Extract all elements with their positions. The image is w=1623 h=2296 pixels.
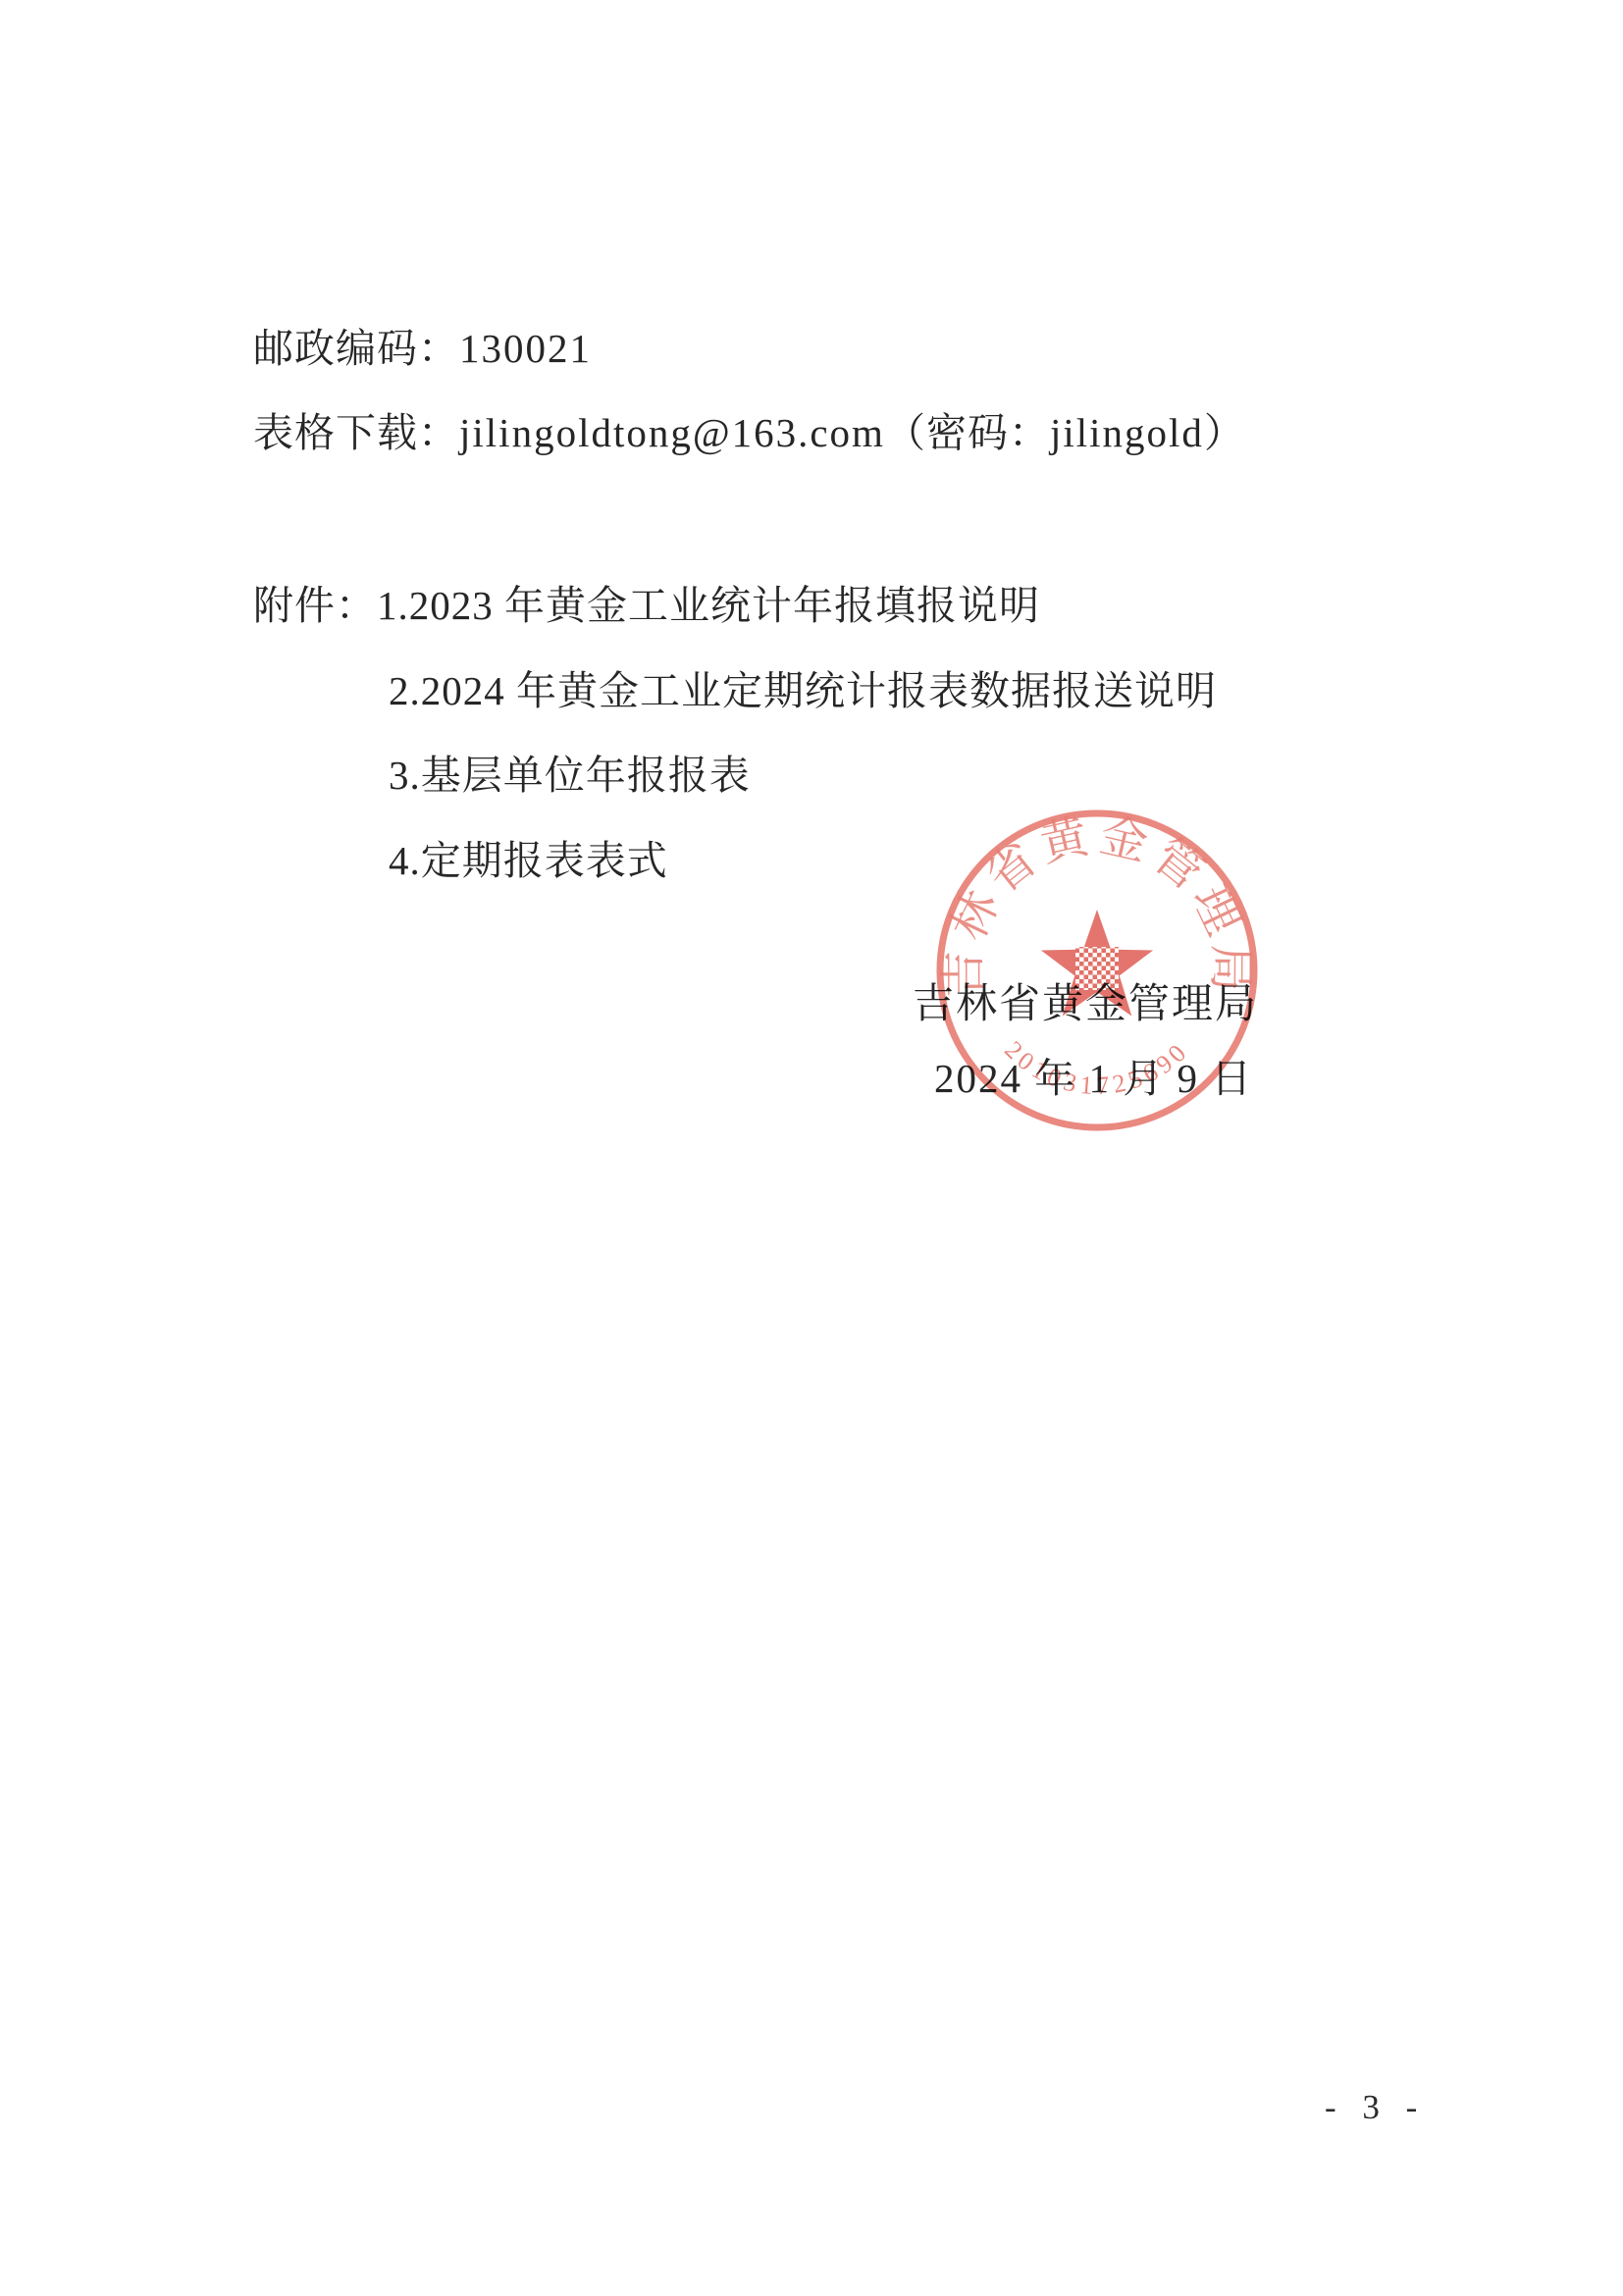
password-value: jilingold bbox=[1050, 410, 1204, 455]
attachments-line-1: 附件：1.2023 年黄金工业统计年报填报说明 bbox=[253, 573, 1040, 631]
official-seal-stamp: 吉林省黄金管理局 201031725690 bbox=[929, 803, 1265, 1138]
download-label: 表格下载： bbox=[253, 410, 459, 455]
postal-code-label: 邮政编码： bbox=[253, 326, 459, 371]
attachment-item-1: 1.2023 年黄金工业统计年报填报说明 bbox=[377, 583, 1040, 628]
page-number: - 3 - bbox=[1325, 2088, 1426, 2127]
form-download-line: 表格下载：jilingoldtong@163.com（密码：jilingold） bbox=[253, 400, 1245, 458]
download-email: jilingoldtong@163.com bbox=[459, 410, 885, 455]
password-prefix: （密码： bbox=[885, 410, 1050, 455]
official-seal-graphic: 吉林省黄金管理局 201031725690 bbox=[929, 803, 1265, 1138]
svg-text:201031725690: 201031725690 bbox=[999, 1035, 1195, 1100]
password-suffix: ） bbox=[1204, 410, 1245, 455]
document-page: 邮政编码：130021 表格下载：jilingoldtong@163.com（密… bbox=[0, 0, 1623, 2296]
postal-code-line: 邮政编码：130021 bbox=[253, 316, 592, 374]
postal-code-value: 130021 bbox=[459, 326, 592, 371]
attachment-item-4: 4.定期报表表式 bbox=[389, 828, 668, 886]
seal-qr-pattern bbox=[1075, 947, 1119, 990]
seal-serial-number: 201031725690 bbox=[999, 1035, 1195, 1100]
attachments-label: 附件： bbox=[253, 583, 377, 628]
attachment-item-3: 3.基层单位年报报表 bbox=[389, 743, 751, 801]
attachment-item-2: 2.2024 年黄金工业定期统计报表数据报送说明 bbox=[389, 658, 1217, 716]
